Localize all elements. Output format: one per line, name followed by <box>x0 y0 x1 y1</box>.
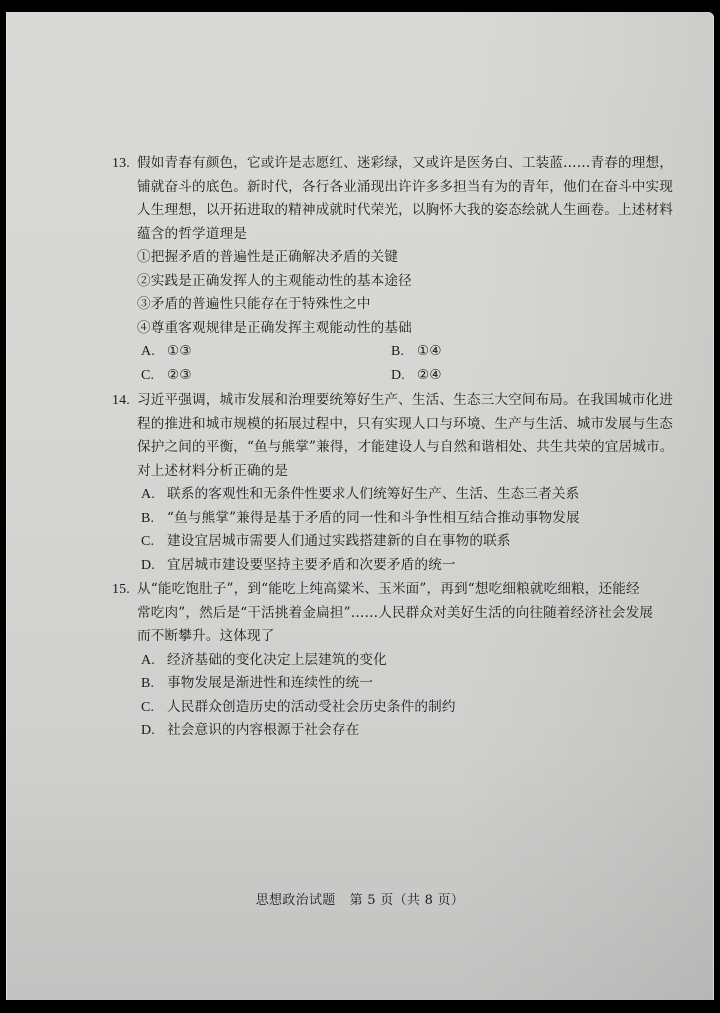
question-stem-line: 13. 假如青春有颜色，它或许是志愿红、迷彩绿，又或许是医务白、工装蓝……青春的… <box>112 152 617 176</box>
footer-subject: 思想政治试题 <box>256 893 336 908</box>
exam-page: 13. 假如青春有颜色，它或许是志愿红、迷彩绿，又或许是医务白、工装蓝……青春的… <box>6 12 714 1000</box>
option-text: 经济基础的变化决定上层建筑的变化 <box>167 652 387 668</box>
option-c-content: C.人民群众创造历史的活动受社会历史条件的制约 <box>141 696 456 720</box>
option-d: D.社会意识的内容根源于社会存在 <box>112 719 617 743</box>
question-14: 14. 习近平强调，城市发展和治理要统筹好生产、生活、生态三大空间布局。在我国城… <box>112 389 617 577</box>
stem-text: 铺就奋斗的底色。新时代，各行各业涌现出许许多多担当有为的青年，他们在奋斗中实现 <box>137 176 617 200</box>
option-letter: C. <box>141 530 167 554</box>
option-c-content: C.建设宜居城市需要人们通过实践搭建新的自在事物的联系 <box>141 530 511 554</box>
statement-1: ①把握矛盾的普遍性是正确解决矛盾的关键 <box>112 246 617 270</box>
option-letter: A. <box>141 340 167 364</box>
question-stem-line: 15. 从“能吃饱肚子”，到“能吃上纯高粱米、玉米面”，再到“想吃细粮就吃细粮，… <box>112 578 617 602</box>
option-letter: A. <box>141 649 167 673</box>
option-a: A.联系的客观性和无条件性要求人们统筹好生产、生活、生态三者关系 <box>112 483 617 507</box>
page-footer: 思想政治试题第 5 页（共 8 页） <box>6 889 714 908</box>
stem-text: 从“能吃饱肚子”，到“能吃上纯高粱米、玉米面”，再到“想吃细粮就吃细粮，还能经 <box>137 578 617 602</box>
question-stem-line: 保护之间的平衡，“鱼与熊掌”兼得，才能建设人与自然和谐相处、共生共荣的宜居城市。 <box>112 436 617 460</box>
question-stem-line: 对上述材料分析正确的是 <box>112 460 617 484</box>
option-b-content: B.事物发展是渐进性和连续性的统一 <box>141 672 373 696</box>
options-row-1: A.①③ B.①④ <box>112 340 617 364</box>
question-stem-line: 铺就奋斗的底色。新时代，各行各业涌现出许许多多担当有为的青年，他们在奋斗中实现 <box>112 176 617 200</box>
option-letter: D. <box>141 554 167 578</box>
question-13: 13. 假如青春有颜色，它或许是志愿红、迷彩绿，又或许是医务白、工装蓝……青春的… <box>112 152 617 387</box>
option-text: 社会意识的内容根源于社会存在 <box>167 722 359 738</box>
stem-text: 对上述材料分析正确的是 <box>137 460 617 484</box>
statement-text: ④尊重客观规律是正确发挥主观能动性的基础 <box>137 317 412 341</box>
option-letter: B. <box>391 340 417 364</box>
question-number: 14. <box>112 389 138 413</box>
option-a-content: A.联系的客观性和无条件性要求人们统筹好生产、生活、生态三者关系 <box>141 483 579 507</box>
option-d-content: D.宜居城市建设要坚持主要矛盾和次要矛盾的统一 <box>141 554 456 578</box>
option-text: ①③ <box>167 343 192 359</box>
question-number: 13. <box>112 152 138 176</box>
option-d-content: D.社会意识的内容根源于社会存在 <box>141 719 359 743</box>
option-b: B.事物发展是渐进性和连续性的统一 <box>112 672 617 696</box>
option-d: D.宜居城市建设要坚持主要矛盾和次要矛盾的统一 <box>112 554 617 578</box>
question-stem-line: 常吃肉”，然后是“干活挑着金扁担”……人民群众对美好生活的向往随着经济社会发展 <box>112 602 617 626</box>
statement-text: ③矛盾的普遍性只能存在于特殊性之中 <box>137 293 371 317</box>
stem-text: 保护之间的平衡，“鱼与熊掌”兼得，才能建设人与自然和谐相处、共生共荣的宜居城市。 <box>137 436 617 460</box>
option-d: D.②④ <box>391 364 442 388</box>
option-letter: C. <box>141 696 167 720</box>
statement-text: ①把握矛盾的普遍性是正确解决矛盾的关键 <box>137 246 398 270</box>
question-stem-line: 蕴含的哲学道理是 <box>112 223 617 247</box>
question-stem-line: 程的推进和城市规模的拓展过程中，只有实现人口与环境、生产与生活、城市发展与生态 <box>112 413 617 437</box>
option-text: 建设宜居城市需要人们通过实践搭建新的自在事物的联系 <box>167 533 511 549</box>
option-c: C.②③ <box>141 364 192 388</box>
option-a: A.经济基础的变化决定上层建筑的变化 <box>112 649 617 673</box>
question-15: 15. 从“能吃饱肚子”，到“能吃上纯高粱米、玉米面”，再到“想吃细粮就吃细粮，… <box>112 578 617 743</box>
option-text: ②③ <box>167 367 192 383</box>
option-c: C.建设宜居城市需要人们通过实践搭建新的自在事物的联系 <box>112 530 617 554</box>
option-text: 事物发展是渐进性和连续性的统一 <box>167 675 373 691</box>
question-stem-line: 而不断攀升。这体现了 <box>112 625 617 649</box>
question-stem-line: 14. 习近平强调，城市发展和治理要统筹好生产、生活、生态三大空间布局。在我国城… <box>112 389 617 413</box>
option-text: ①④ <box>417 343 442 359</box>
statement-2: ②实践是正确发挥人的主观能动性的基本途径 <box>112 270 617 294</box>
option-b: B.①④ <box>391 340 442 364</box>
option-letter: C. <box>141 364 167 388</box>
option-a-content: A.经济基础的变化决定上层建筑的变化 <box>141 649 387 673</box>
option-text: 人民群众创造历史的活动受社会历史条件的制约 <box>167 699 456 715</box>
stem-text: 习近平强调，城市发展和治理要统筹好生产、生活、生态三大空间布局。在我国城市化进 <box>137 389 617 413</box>
statement-4: ④尊重客观规律是正确发挥主观能动性的基础 <box>112 317 617 341</box>
option-text: “鱼与熊掌”兼得是基于矛盾的同一性和斗争性相互结合推动事物发展 <box>167 510 580 526</box>
question-number: 15. <box>112 578 138 602</box>
option-b: B.“鱼与熊掌”兼得是基于矛盾的同一性和斗争性相互结合推动事物发展 <box>112 507 617 531</box>
statement-3: ③矛盾的普遍性只能存在于特殊性之中 <box>112 293 617 317</box>
option-letter: D. <box>141 719 167 743</box>
stem-text: 假如青春有颜色，它或许是志愿红、迷彩绿，又或许是医务白、工装蓝……青春的理想， <box>137 152 617 176</box>
statement-text: ②实践是正确发挥人的主观能动性的基本途径 <box>137 270 412 294</box>
option-text: 宜居城市建设要坚持主要矛盾和次要矛盾的统一 <box>167 557 456 573</box>
stem-text: 程的推进和城市规模的拓展过程中，只有实现人口与环境、生产与生活、城市发展与生态 <box>137 413 617 437</box>
options-row-2: C.②③ D.②④ <box>112 364 617 388</box>
stem-text: 人生理想，以开拓进取的精神成就时代荣光，以胸怀大我的姿态绘就人生画卷。上述材料 <box>137 199 617 223</box>
option-letter: B. <box>141 507 167 531</box>
stem-text: 蕴含的哲学道理是 <box>137 223 617 247</box>
option-c: C.人民群众创造历史的活动受社会历史条件的制约 <box>112 696 617 720</box>
option-letter: B. <box>141 672 167 696</box>
footer-page-info: 第 5 页（共 8 页） <box>350 893 465 908</box>
option-letter: A. <box>141 483 167 507</box>
stem-text: 常吃肉”，然后是“干活挑着金扁担”……人民群众对美好生活的向往随着经济社会发展 <box>137 602 617 626</box>
option-a: A.①③ <box>141 340 192 364</box>
option-b-content: B.“鱼与熊掌”兼得是基于矛盾的同一性和斗争性相互结合推动事物发展 <box>141 507 580 531</box>
option-text: 联系的客观性和无条件性要求人们统筹好生产、生活、生态三者关系 <box>167 486 579 502</box>
stem-text: 而不断攀升。这体现了 <box>137 625 617 649</box>
option-letter: D. <box>391 364 417 388</box>
option-text: ②④ <box>417 367 442 383</box>
question-stem-line: 人生理想，以开拓进取的精神成就时代荣光，以胸怀大我的姿态绘就人生画卷。上述材料 <box>112 199 617 223</box>
